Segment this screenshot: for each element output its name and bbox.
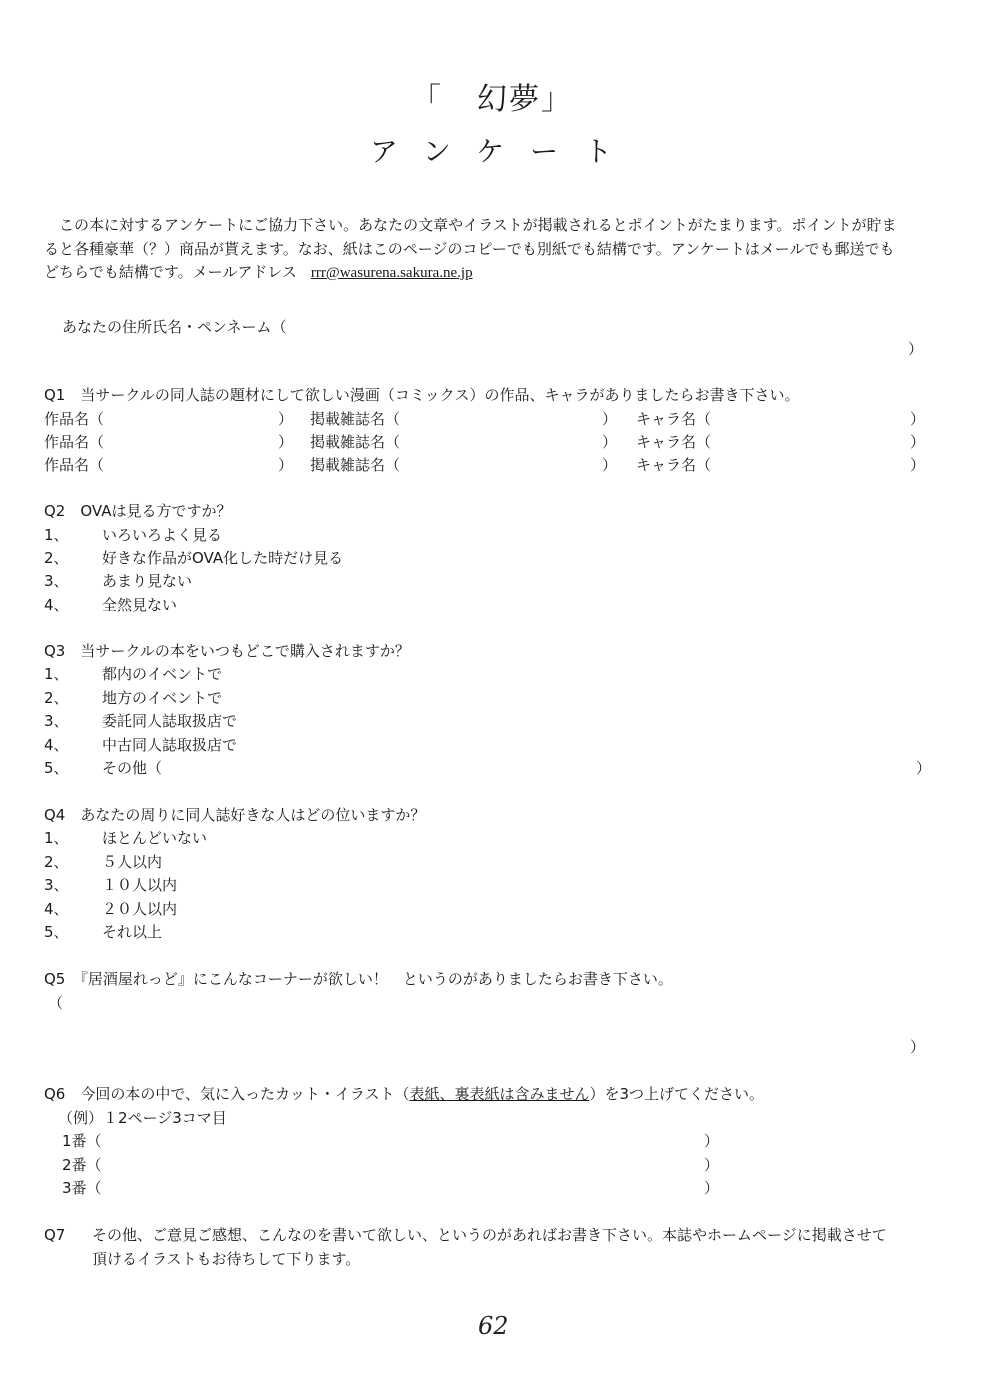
q1-chara-label: キャラ名（ [636, 408, 711, 432]
q1-magazine-close: ） [602, 454, 617, 478]
page-title: 「幻夢」 [0, 74, 984, 118]
intro-line-2: ると各種豪華（？）商品が貰えます。なお、紙はこのページのコピーでも別紙でも結構で… [44, 238, 944, 262]
intro-line-3: どちらでも結構です。メールアドレスrrr@wasurena.sakura.ne.… [44, 261, 944, 286]
q6-answer-3-label: 3番（ [62, 1177, 102, 1201]
q3-option-3: 3、委託同人誌取扱店で [44, 710, 237, 734]
q1-chara-close: ） [910, 431, 925, 455]
q4-option-2: 2、５人以内 [44, 851, 162, 875]
q1-work-close: ） [278, 431, 293, 455]
intro-paragraph: この本に対するアンケートにご協力下さい。あなたの文章やイラストが掲載されるとポイ… [44, 214, 944, 286]
q1-chara-close: ） [910, 408, 925, 432]
address-label: あなたの住所氏名・ペンネーム（ [62, 316, 287, 340]
q1-work-close: ） [278, 454, 293, 478]
page-number: 62 [478, 1312, 509, 1340]
q6-answer-1-close: ） [704, 1130, 719, 1154]
page-subtitle: アンケート [0, 130, 984, 170]
q1-chara-label: キャラ名（ [636, 454, 711, 478]
q6-answer-2-close: ） [704, 1154, 719, 1178]
q7-line-1: その他、ご意見ご感想、こんなのを書いて欲しい、というのがあればお書き下さい。本誌… [92, 1224, 887, 1248]
q6-example: （例）１2ページ3コマ目 [58, 1107, 227, 1131]
q2-question: Q2 OVAは見る方ですか？ [44, 500, 231, 524]
q2-option-1: 1、いろいろよく見る [44, 524, 222, 548]
q4-option-1: 1、ほとんどいない [44, 827, 207, 851]
q5-close-paren: ） [910, 1036, 925, 1060]
q1-chara-close: ） [910, 454, 925, 478]
q1-magazine-close: ） [602, 408, 617, 432]
q5-open-paren: （ [48, 992, 63, 1016]
q3-option-2: 2、地方のイベントで [44, 687, 222, 711]
q6-exclusion-note: 表紙、裏表紙は含みません [409, 1085, 589, 1103]
q5-question: Q5 『居酒屋れっど』にこんなコーナーが欲しい！ というのがありましたらお書き下… [44, 968, 673, 992]
q4-option-4: 4、２０人以内 [44, 898, 177, 922]
email-link[interactable]: rrr@wasurena.sakura.ne.jp [311, 265, 473, 281]
q6-answer-2-label: 2番（ [62, 1154, 102, 1178]
q1-magazine-label: 掲載雑誌名（ [310, 431, 400, 455]
q2-option-4: 4、全然見ない [44, 594, 177, 618]
q2-option-2: 2、好きな作品がOVA化した時だけ見る [44, 547, 343, 571]
q6-answer-1-label: 1番（ [62, 1130, 102, 1154]
q1-chara-label: キャラ名（ [636, 431, 711, 455]
address-close: ） [908, 338, 923, 362]
q4-option-5: 5、それ以上 [44, 921, 162, 945]
q6-answer-3-close: ） [704, 1177, 719, 1201]
title-text: 幻夢」 [477, 82, 573, 117]
q1-question: Q1 当サークルの同人誌の題材にして欲しい漫画（コミックス）の作品、キャラがあり… [44, 384, 799, 408]
q3-option-1: 1、都内のイベントで [44, 663, 222, 687]
q2-option-3: 3、あまり見ない [44, 570, 192, 594]
q7-label: Q7 [44, 1224, 65, 1248]
q3-other-close: ） [916, 757, 931, 781]
q1-work-label: 作品名（ [44, 408, 104, 432]
q6-question: Q6 今回の本の中で、気に入ったカット・イラスト（表紙、裏表紙は含みません）を3… [44, 1083, 764, 1107]
q1-work-label: 作品名（ [44, 454, 104, 478]
q1-magazine-close: ） [602, 431, 617, 455]
q1-magazine-label: 掲載雑誌名（ [310, 408, 400, 432]
q1-work-close: ） [278, 408, 293, 432]
q7-line-2: 頂けるイラストもお待ちして下ります。 [92, 1248, 360, 1272]
q4-question: Q4 あなたの周りに同人誌好きな人はどの位いますか？ [44, 804, 425, 828]
q1-magazine-label: 掲載雑誌名（ [310, 454, 400, 478]
q3-question: Q3 当サークルの本をいつもどこで購入されますか？ [44, 640, 410, 664]
q3-option-4: 4、中古同人誌取扱店で [44, 734, 237, 758]
title-open-bracket: 「 [411, 82, 443, 117]
q4-option-3: 3、１０人以内 [44, 874, 177, 898]
q3-option-5: 5、その他（ [44, 757, 162, 781]
intro-line-1: この本に対するアンケートにご協力下さい。あなたの文章やイラストが掲載されるとポイ… [44, 214, 944, 238]
q1-work-label: 作品名（ [44, 431, 104, 455]
